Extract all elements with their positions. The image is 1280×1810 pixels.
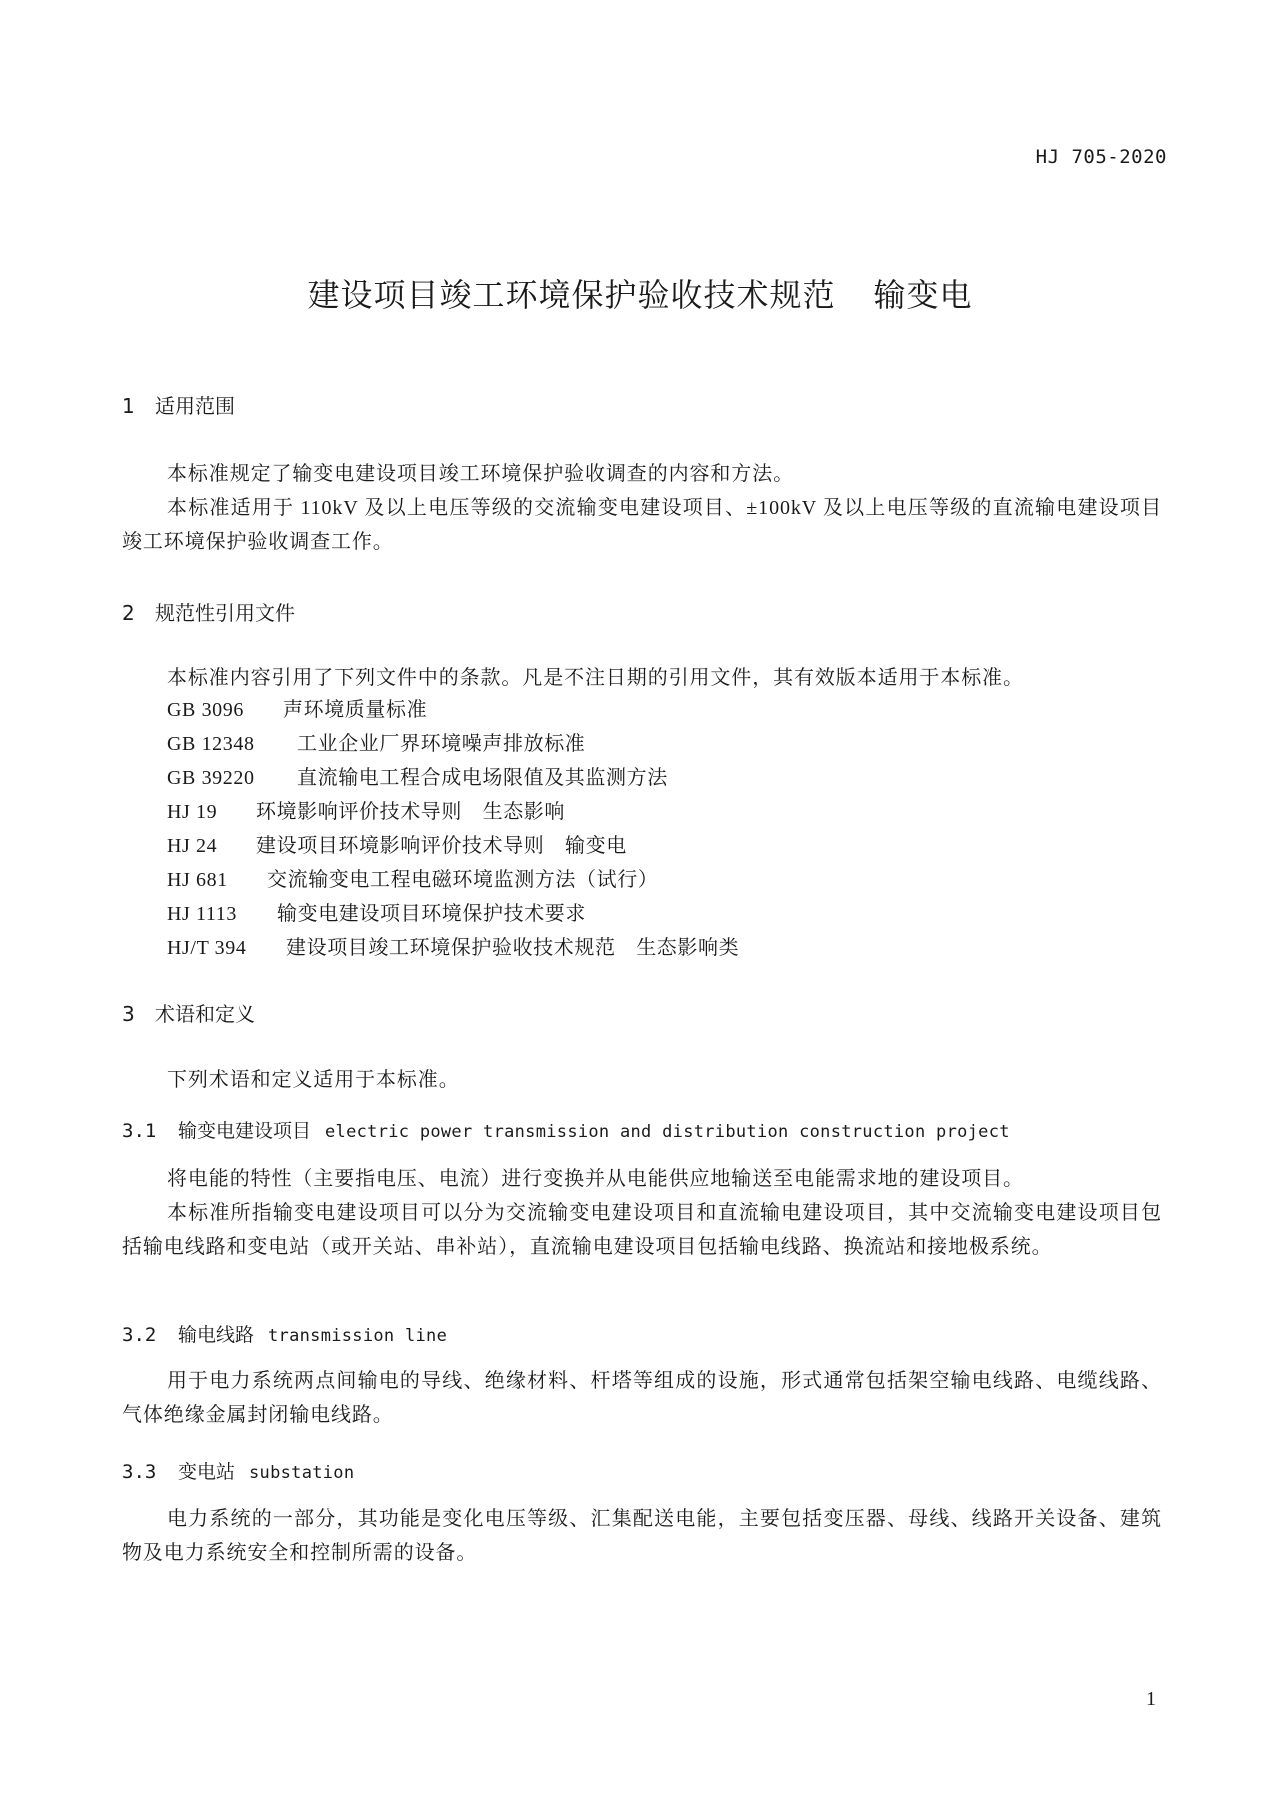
section-heading-3: 3术语和定义 <box>122 998 255 1027</box>
reference-item: GB 12348工业企业厂界环境噪声排放标准 <box>167 727 585 756</box>
document-page: HJ 705-2020 建设项目竣工环境保护验收技术规范输变电 1适用范围 本标… <box>0 0 1280 1810</box>
term-heading-3-3: 3.3变电站substation <box>122 1457 354 1484</box>
term-heading-3-1: 3.1输变电建设项目electric power transmission an… <box>122 1116 1010 1143</box>
section-3-intro: 下列术语和定义适用于本标准。 <box>122 1063 1162 1097</box>
reference-item: HJ 24建设项目环境影响评价技术导则 输变电 <box>167 829 627 858</box>
section-heading-2: 2规范性引用文件 <box>122 597 295 626</box>
term-3-3-paragraph-1: 电力系统的一部分，其功能是变化电压等级、汇集配送电能，主要包括变压器、母线、线路… <box>122 1502 1162 1570</box>
title-sub: 输变电 <box>874 276 973 314</box>
reference-item: HJ/T 394建设项目竣工环境保护验收技术规范 生态影响类 <box>167 931 739 960</box>
page-number: 1 <box>1146 1688 1156 1711</box>
reference-item: HJ 1113输变电建设项目环境保护技术要求 <box>167 897 586 926</box>
section-1-paragraph-2: 本标准适用于 110kV 及以上电压等级的交流输变电建设项目、±100kV 及以… <box>122 491 1162 559</box>
title-main: 建设项目竣工环境保护验收技术规范 <box>307 276 835 314</box>
document-title: 建设项目竣工环境保护验收技术规范输变电 <box>0 270 1280 316</box>
term-3-1-paragraph-1: 将电能的特性（主要指电压、电流）进行变换并从电能供应地输送至电能需求地的建设项目… <box>122 1162 1162 1196</box>
reference-item: GB 3096声环境质量标准 <box>167 693 427 722</box>
section-1-paragraph-1: 本标准规定了输变电建设项目竣工环境保护验收调查的内容和方法。 <box>122 457 1162 491</box>
term-3-1-paragraph-2: 本标准所指输变电建设项目可以分为交流输变电建设项目和直流输电建设项目，其中交流输… <box>122 1196 1162 1264</box>
term-3-2-paragraph-1: 用于电力系统两点间输电的导线、绝缘材料、杆塔等组成的设施，形式通常包括架空输电线… <box>122 1364 1162 1432</box>
reference-item: HJ 19环境影响评价技术导则 生态影响 <box>167 795 565 824</box>
reference-item: HJ 681交流输变电工程电磁环境监测方法（试行） <box>167 863 658 892</box>
term-heading-3-2: 3.2输电线路transmission line <box>122 1320 447 1347</box>
standard-code: HJ 705-2020 <box>1036 146 1167 168</box>
reference-item: GB 39220直流输电工程合成电场限值及其监测方法 <box>167 761 668 790</box>
section-heading-1: 1适用范围 <box>122 390 235 419</box>
section-2-intro: 本标准内容引用了下列文件中的条款。凡是不注日期的引用文件，其有效版本适用于本标准… <box>122 661 1162 695</box>
